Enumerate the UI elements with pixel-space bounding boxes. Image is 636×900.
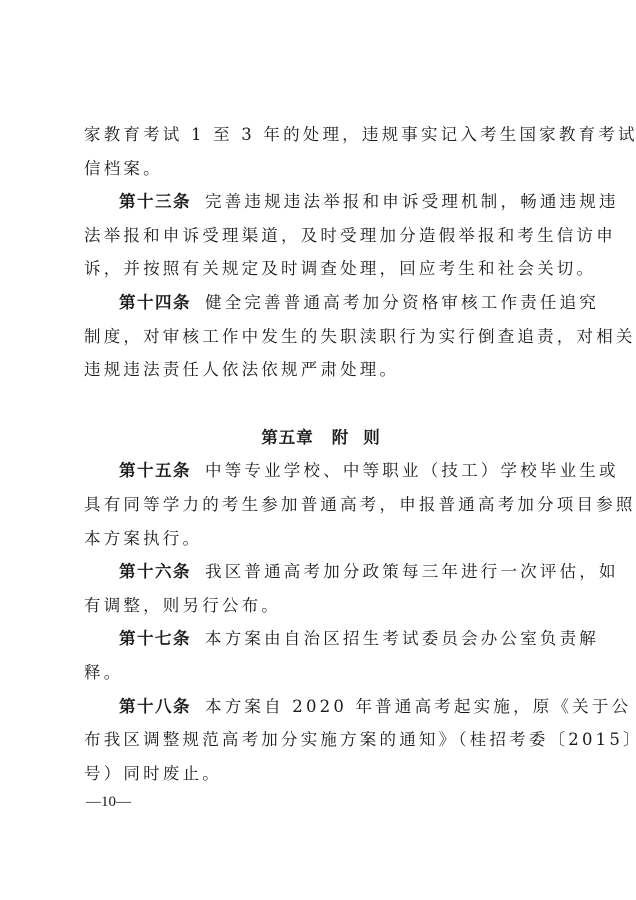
article-16: 第十六条我区普通高考加分政策每三年进行一次评估，如 有调整，则另行公布。 <box>84 555 558 622</box>
article-heading: 第十七条 <box>119 629 191 648</box>
text-line: 中等专业学校、中等职业（技工）学校毕业生或 <box>205 461 619 480</box>
chapter-number: 第五章 <box>261 428 314 447</box>
text-line: 诉，并按照有关规定及时调查处理，回应考生和社会关切。 <box>84 252 558 286</box>
text-line: 具有同等学力的考生参加普通高考，申报普通高考加分项目参照 <box>84 488 558 522</box>
text-line: 法举报和申诉受理渠道，及时受理加分造假举报和考生信访申 <box>84 219 558 253</box>
text-line: 释。 <box>84 656 558 690</box>
article-heading: 第十四条 <box>119 293 191 312</box>
text-line: 我区普通高考加分政策每三年进行一次评估，如 <box>205 562 619 581</box>
article-17: 第十七条本方案由自治区招生考试委员会办公室负责解 释。 <box>84 622 558 689</box>
article-heading: 第十三条 <box>119 192 191 211</box>
text-line: 信档案。 <box>84 152 558 186</box>
chapter-title-part2: 则 <box>363 428 381 447</box>
text-line: 违规违法责任人依法依规严肃处理。 <box>84 353 558 387</box>
article-13: 第十三条完善违规违法举报和申诉受理机制，畅通违规违 法举报和申诉受理渠道，及时受… <box>84 185 558 286</box>
text-line: 布我区调整规范高考加分实施方案的通知》（桂招考委〔2015〕9 <box>84 723 558 757</box>
text-line: 有调整，则另行公布。 <box>84 589 558 623</box>
article-14: 第十四条健全完善普通高考加分资格审核工作责任追究 制度，对审核工作中发生的失职渎… <box>84 286 558 387</box>
article-heading: 第十五条 <box>119 461 191 480</box>
chapter-title-part1: 附 <box>332 428 350 447</box>
article-15: 第十五条中等专业学校、中等职业（技工）学校毕业生或 具有同等学力的考生参加普通高… <box>84 454 558 555</box>
page-number: —10— <box>86 794 131 811</box>
text-line: 本方案自 2020 年普通高考起实施，原《关于公 <box>205 697 631 716</box>
text-line: 本方案由自治区招生考试委员会办公室负责解 <box>205 629 599 648</box>
text-line: 制度，对审核工作中发生的失职渎职行为实行倒查追责，对相关 <box>84 320 558 354</box>
text-line: 本方案执行。 <box>84 522 558 556</box>
text-line: 健全完善普通高考加分资格审核工作责任追究 <box>205 293 599 312</box>
article-heading: 第十八条 <box>119 697 191 716</box>
article-18: 第十八条本方案自 2020 年普通高考起实施，原《关于公 布我区调整规范高考加分… <box>84 690 558 791</box>
chapter-heading: 第五章附则 <box>84 421 558 455</box>
text-line: 完善违规违法举报和申诉受理机制，畅通违规违 <box>205 192 619 211</box>
text-line: 家教育考试 1 至 3 年的处理，违规事实记入考生国家教育考试诚 <box>84 118 558 152</box>
paragraph-continuation: 家教育考试 1 至 3 年的处理，违规事实记入考生国家教育考试诚 信档案。 <box>84 118 558 185</box>
article-heading: 第十六条 <box>119 562 191 581</box>
document-page: 家教育考试 1 至 3 年的处理，违规事实记入考生国家教育考试诚 信档案。 第十… <box>84 118 558 790</box>
text-line: 号）同时废止。 <box>84 757 558 791</box>
